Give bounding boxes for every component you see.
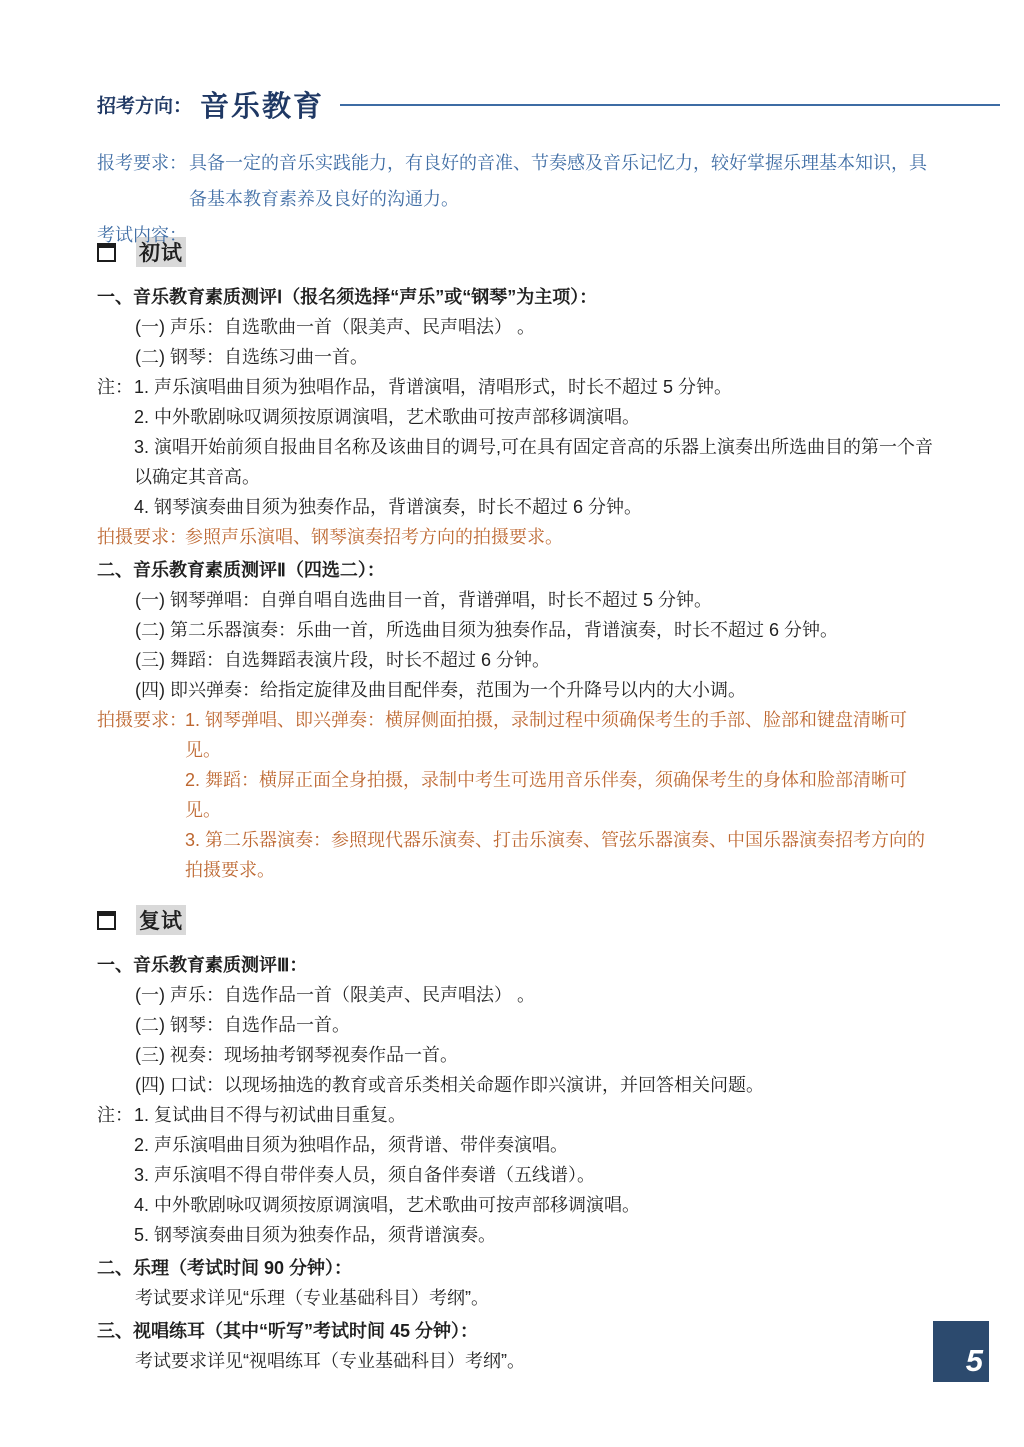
section-title: 复试 [136, 905, 186, 935]
exam-content-label: 考试内容： [97, 217, 187, 253]
row-label: 注： [97, 1100, 133, 1130]
list-sub-item: (四) 即兴弹奏：给指定旋律及曲目配伴奏，范围为一个升降号以内的大小调。 [97, 675, 940, 705]
row-text: 2. 声乐演唱曲目须为独唱作品，须背谱、带伴奏演唱。 [134, 1135, 568, 1155]
row-text: 1. 声乐演唱曲目须为独唱作品，背谱演唱，清唱形式，时长不超过 5 分钟。 [134, 377, 732, 397]
shooting-requirement-item: 拍摄要求：1. 钢琴弹唱、即兴弹奏：横屏侧面拍摄，录制过程中须确保考生的手部、脸… [97, 705, 940, 765]
intro-block: 报考要求： 具备一定的音乐实践能力，有良好的音准、节奏感及音乐记忆力，较好掌握乐… [97, 145, 940, 217]
row-text: 考试要求详见“视唱练耳（专业基础科目）考纲”。 [135, 1351, 525, 1371]
list-sub-item: (二) 第二乐器演奏：乐曲一首，所选曲目须为独奏作品，背谱演奏，时长不超过 6 … [97, 615, 940, 645]
list-sub-item: (三) 舞蹈：自选舞蹈表演片段，时长不超过 6 分钟。 [97, 645, 940, 675]
row-text: 参照声乐演唱、钢琴演奏招考方向的拍摄要求。 [185, 527, 563, 547]
row-text: 4. 钢琴演奏曲目须为独奏作品，背谱演奏，时长不超过 6 分钟。 [134, 497, 642, 517]
shooting-requirement-item: 拍摄要求：参照声乐演唱、钢琴演奏招考方向的拍摄要求。 [97, 522, 940, 552]
row-label: 注： [97, 372, 133, 402]
row-text: 二、音乐教育素质测评Ⅱ（四选二）： [97, 560, 385, 580]
note-item: 5. 钢琴演奏曲目须为独奏作品，须背谱演奏。 [97, 1220, 940, 1250]
row-text: 3. 声乐演唱不得自带伴奏人员，须自备伴奏谱（五线谱）。 [134, 1165, 595, 1185]
row-text: 4. 中外歌剧咏叹调须按原调演唱，艺术歌曲可按声部移调演唱。 [134, 1195, 640, 1215]
header-rule [340, 104, 1000, 106]
row-text: 2. 中外歌剧咏叹调须按原调演唱，艺术歌曲可按声部移调演唱。 [134, 407, 640, 427]
row-text: 三、视唱练耳（其中“听写”考试时间 45 分钟）： [97, 1321, 478, 1341]
note-item: 注：1. 复试曲目不得与初试曲目重复。 [97, 1100, 940, 1130]
note-item: 3. 声乐演唱不得自带伴奏人员，须自备伴奏谱（五线谱）。 [97, 1160, 940, 1190]
row-text: (一) 声乐：自选作品一首（限美声、民声唱法） 。 [135, 985, 535, 1005]
row-text: (三) 视奏：现场抽考钢琴视奏作品一首。 [135, 1045, 458, 1065]
row-text: 二、乐理（考试时间 90 分钟）： [97, 1258, 352, 1278]
row-label: 拍摄要求： [97, 522, 187, 552]
row-text: 3. 第二乐器演奏：参照现代器乐演奏、打击乐演奏、管弦乐器演奏、中国乐器演奏招考… [185, 830, 925, 880]
row-text: 1. 钢琴弹唱、即兴弹奏：横屏侧面拍摄，录制过程中须确保考生的手部、脸部和键盘清… [185, 710, 907, 760]
note-item: 2. 中外歌剧咏叹调须按原调演唱，艺术歌曲可按声部移调演唱。 [97, 402, 940, 432]
note-item: 3. 演唱开始前须自报曲目名称及该曲目的调号,可在具有固定音高的乐器上演奏出所选… [97, 432, 940, 492]
page-title: 音乐教育 [200, 84, 324, 125]
list-sub-item: (三) 视奏：现场抽考钢琴视奏作品一首。 [97, 1040, 940, 1070]
row-text: 一、音乐教育素质测评Ⅲ： [97, 955, 307, 975]
plain-item: 考试要求详见“视唱练耳（专业基础科目）考纲”。 [97, 1346, 940, 1376]
page-number: 5 [966, 1343, 983, 1379]
row-text: (四) 即兴弹奏：给指定旋律及曲目配伴奏，范围为一个升降号以内的大小调。 [135, 680, 746, 700]
row-text: 5. 钢琴演奏曲目须为独奏作品，须背谱演奏。 [134, 1225, 496, 1245]
list-heading: 二、音乐教育素质测评Ⅱ（四选二）： [97, 555, 940, 585]
sections-container: 初试一、音乐教育素质测评Ⅰ（报名须选择“声乐”或“钢琴”为主项）：(一) 声乐：… [97, 237, 940, 1376]
list-heading: 三、视唱练耳（其中“听写”考试时间 45 分钟）： [97, 1316, 940, 1346]
section-header: 复试 [97, 905, 940, 935]
requirements-paragraph: 报考要求： 具备一定的音乐实践能力，有良好的音准、节奏感及音乐记忆力，较好掌握乐… [97, 145, 940, 217]
list-sub-item: (二) 钢琴：自选练习曲一首。 [97, 342, 940, 372]
requirements-text: 具备一定的音乐实践能力，有良好的音准、节奏感及音乐记忆力，较好掌握乐理基本知识，… [189, 153, 927, 209]
note-item: 注：1. 声乐演唱曲目须为独唱作品，背谱演唱，清唱形式，时长不超过 5 分钟。 [97, 372, 940, 402]
row-text: (二) 第二乐器演奏：乐曲一首，所选曲目须为独奏作品，背谱演奏，时长不超过 6 … [135, 620, 838, 640]
row-text: (二) 钢琴：自选练习曲一首。 [135, 347, 368, 367]
row-label: 拍摄要求： [97, 705, 187, 735]
note-item: 4. 钢琴演奏曲目须为独奏作品，背谱演奏，时长不超过 6 分钟。 [97, 492, 940, 522]
direction-label: 招考方向： [97, 91, 192, 118]
row-text: (一) 钢琴弹唱：自弹自唱自选曲目一首，背谱弹唱，时长不超过 5 分钟。 [135, 590, 712, 610]
section: 初试一、音乐教育素质测评Ⅰ（报名须选择“声乐”或“钢琴”为主项）：(一) 声乐：… [97, 237, 940, 885]
shooting-requirement-item: 3. 第二乐器演奏：参照现代器乐演奏、打击乐演奏、管弦乐器演奏、中国乐器演奏招考… [97, 825, 940, 885]
list-heading: 一、音乐教育素质测评Ⅲ： [97, 950, 940, 980]
requirements-label: 报考要求： [97, 145, 187, 181]
checkbox-icon [97, 911, 116, 930]
row-text: (四) 口试：以现场抽选的教育或音乐类相关命题作即兴演讲，并回答相关问题。 [135, 1075, 764, 1095]
list-sub-item: (二) 钢琴：自选作品一首。 [97, 1010, 940, 1040]
list-sub-item: (一) 声乐：自选歌曲一首（限美声、民声唱法） 。 [97, 312, 940, 342]
document-page: 招考方向： 音乐教育 报考要求： 具备一定的音乐实践能力，有良好的音准、节奏感及… [0, 0, 1024, 1376]
page-number-box: 5 [933, 1321, 989, 1382]
section-header: 初试 [97, 237, 940, 267]
row-text: 3. 演唱开始前须自报曲目名称及该曲目的调号,可在具有固定音高的乐器上演奏出所选… [134, 437, 933, 487]
list-heading: 二、乐理（考试时间 90 分钟）： [97, 1253, 940, 1283]
row-text: 一、音乐教育素质测评Ⅰ（报名须选择“声乐”或“钢琴”为主项）： [97, 287, 597, 307]
row-text: (二) 钢琴：自选作品一首。 [135, 1015, 350, 1035]
row-text: 考试要求详见“乐理（专业基础科目）考纲”。 [135, 1288, 489, 1308]
note-item: 2. 声乐演唱曲目须为独唱作品，须背谱、带伴奏演唱。 [97, 1130, 940, 1160]
list-heading: 一、音乐教育素质测评Ⅰ（报名须选择“声乐”或“钢琴”为主项）： [97, 282, 940, 312]
note-item: 4. 中外歌剧咏叹调须按原调演唱，艺术歌曲可按声部移调演唱。 [97, 1190, 940, 1220]
shooting-requirement-item: 2. 舞蹈：横屏正面全身拍摄，录制中考生可选用音乐伴奏，须确保考生的身体和脸部清… [97, 765, 940, 825]
plain-item: 考试要求详见“乐理（专业基础科目）考纲”。 [97, 1283, 940, 1313]
list-sub-item: (四) 口试：以现场抽选的教育或音乐类相关命题作即兴演讲，并回答相关问题。 [97, 1070, 940, 1100]
row-text: (三) 舞蹈：自选舞蹈表演片段，时长不超过 6 分钟。 [135, 650, 550, 670]
list-sub-item: (一) 声乐：自选作品一首（限美声、民声唱法） 。 [97, 980, 940, 1010]
row-text: 1. 复试曲目不得与初试曲目重复。 [134, 1105, 406, 1125]
list-sub-item: (一) 钢琴弹唱：自弹自唱自选曲目一首，背谱弹唱，时长不超过 5 分钟。 [97, 585, 940, 615]
row-text: (一) 声乐：自选歌曲一首（限美声、民声唱法） 。 [135, 317, 535, 337]
row-text: 2. 舞蹈：横屏正面全身拍摄，录制中考生可选用音乐伴奏，须确保考生的身体和脸部清… [185, 770, 907, 820]
page-header: 招考方向： 音乐教育 [97, 84, 940, 125]
section: 复试一、音乐教育素质测评Ⅲ：(一) 声乐：自选作品一首（限美声、民声唱法） 。(… [97, 905, 940, 1376]
